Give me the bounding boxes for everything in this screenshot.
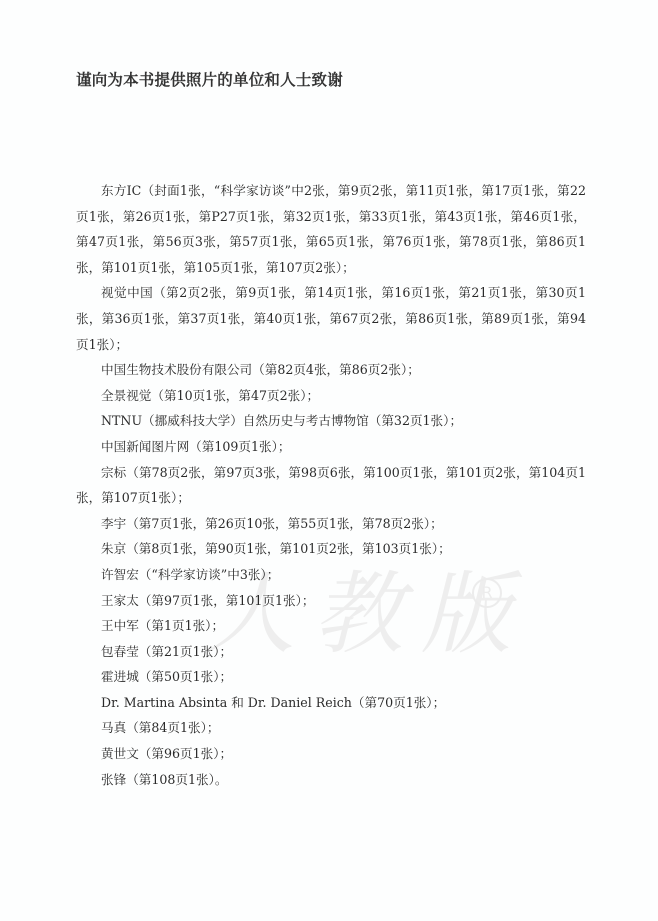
credit-item: 马真（第84页1张）；: [76, 715, 586, 741]
credit-item: NTNU（挪威科技大学）自然历史与考古博物馆（第32页1张）；: [76, 408, 586, 434]
credit-item: 中国新闻图片网（第109页1张）；: [76, 434, 586, 460]
credit-item: 朱京（第8页1张，第90页1张，第101页2张，第103页1张）；: [76, 536, 586, 562]
credit-item: 李宇（第7页1张，第26页10张，第55页1张，第78页2张）；: [76, 511, 586, 537]
credits-list: 东方IC（封面1张，“科学家访谈”中2张，第9页2张，第11页1张，第17页1张…: [76, 178, 586, 792]
credit-item: 视觉中国（第2页2张，第9页1张，第14页1张，第16页1张，第21页1张，第3…: [76, 280, 586, 357]
credit-item: 包春莹（第21页1张）；: [76, 639, 586, 665]
credit-item: Dr. Martina Absinta 和 Dr. Daniel Reich（第…: [76, 690, 586, 716]
credit-item: 中国生物技术股份有限公司（第82页4张，第86页2张）；: [76, 357, 586, 383]
credit-item: 宗标（第78页2张，第97页3张，第98页6张，第100页1张，第101页2张，…: [76, 460, 586, 511]
credit-item: 东方IC（封面1张，“科学家访谈”中2张，第9页2张，第11页1张，第17页1张…: [76, 178, 586, 280]
credit-item: 王家太（第97页1张，第101页1张）；: [76, 588, 586, 614]
credit-item: 霍进城（第50页1张）；: [76, 664, 586, 690]
credit-item: 张锋（第108页1张）。: [76, 767, 586, 793]
page-title: 谨向为本书提供照片的单位和人士致谢: [76, 68, 343, 90]
credit-item: 王中军（第1页1张）；: [76, 613, 586, 639]
credit-item: 黄世文（第96页1张）；: [76, 741, 586, 767]
credit-item: 全景视觉（第10页1张，第47页2张）；: [76, 383, 586, 409]
credit-item: 许智宏（“科学家访谈”中3张）；: [76, 562, 586, 588]
